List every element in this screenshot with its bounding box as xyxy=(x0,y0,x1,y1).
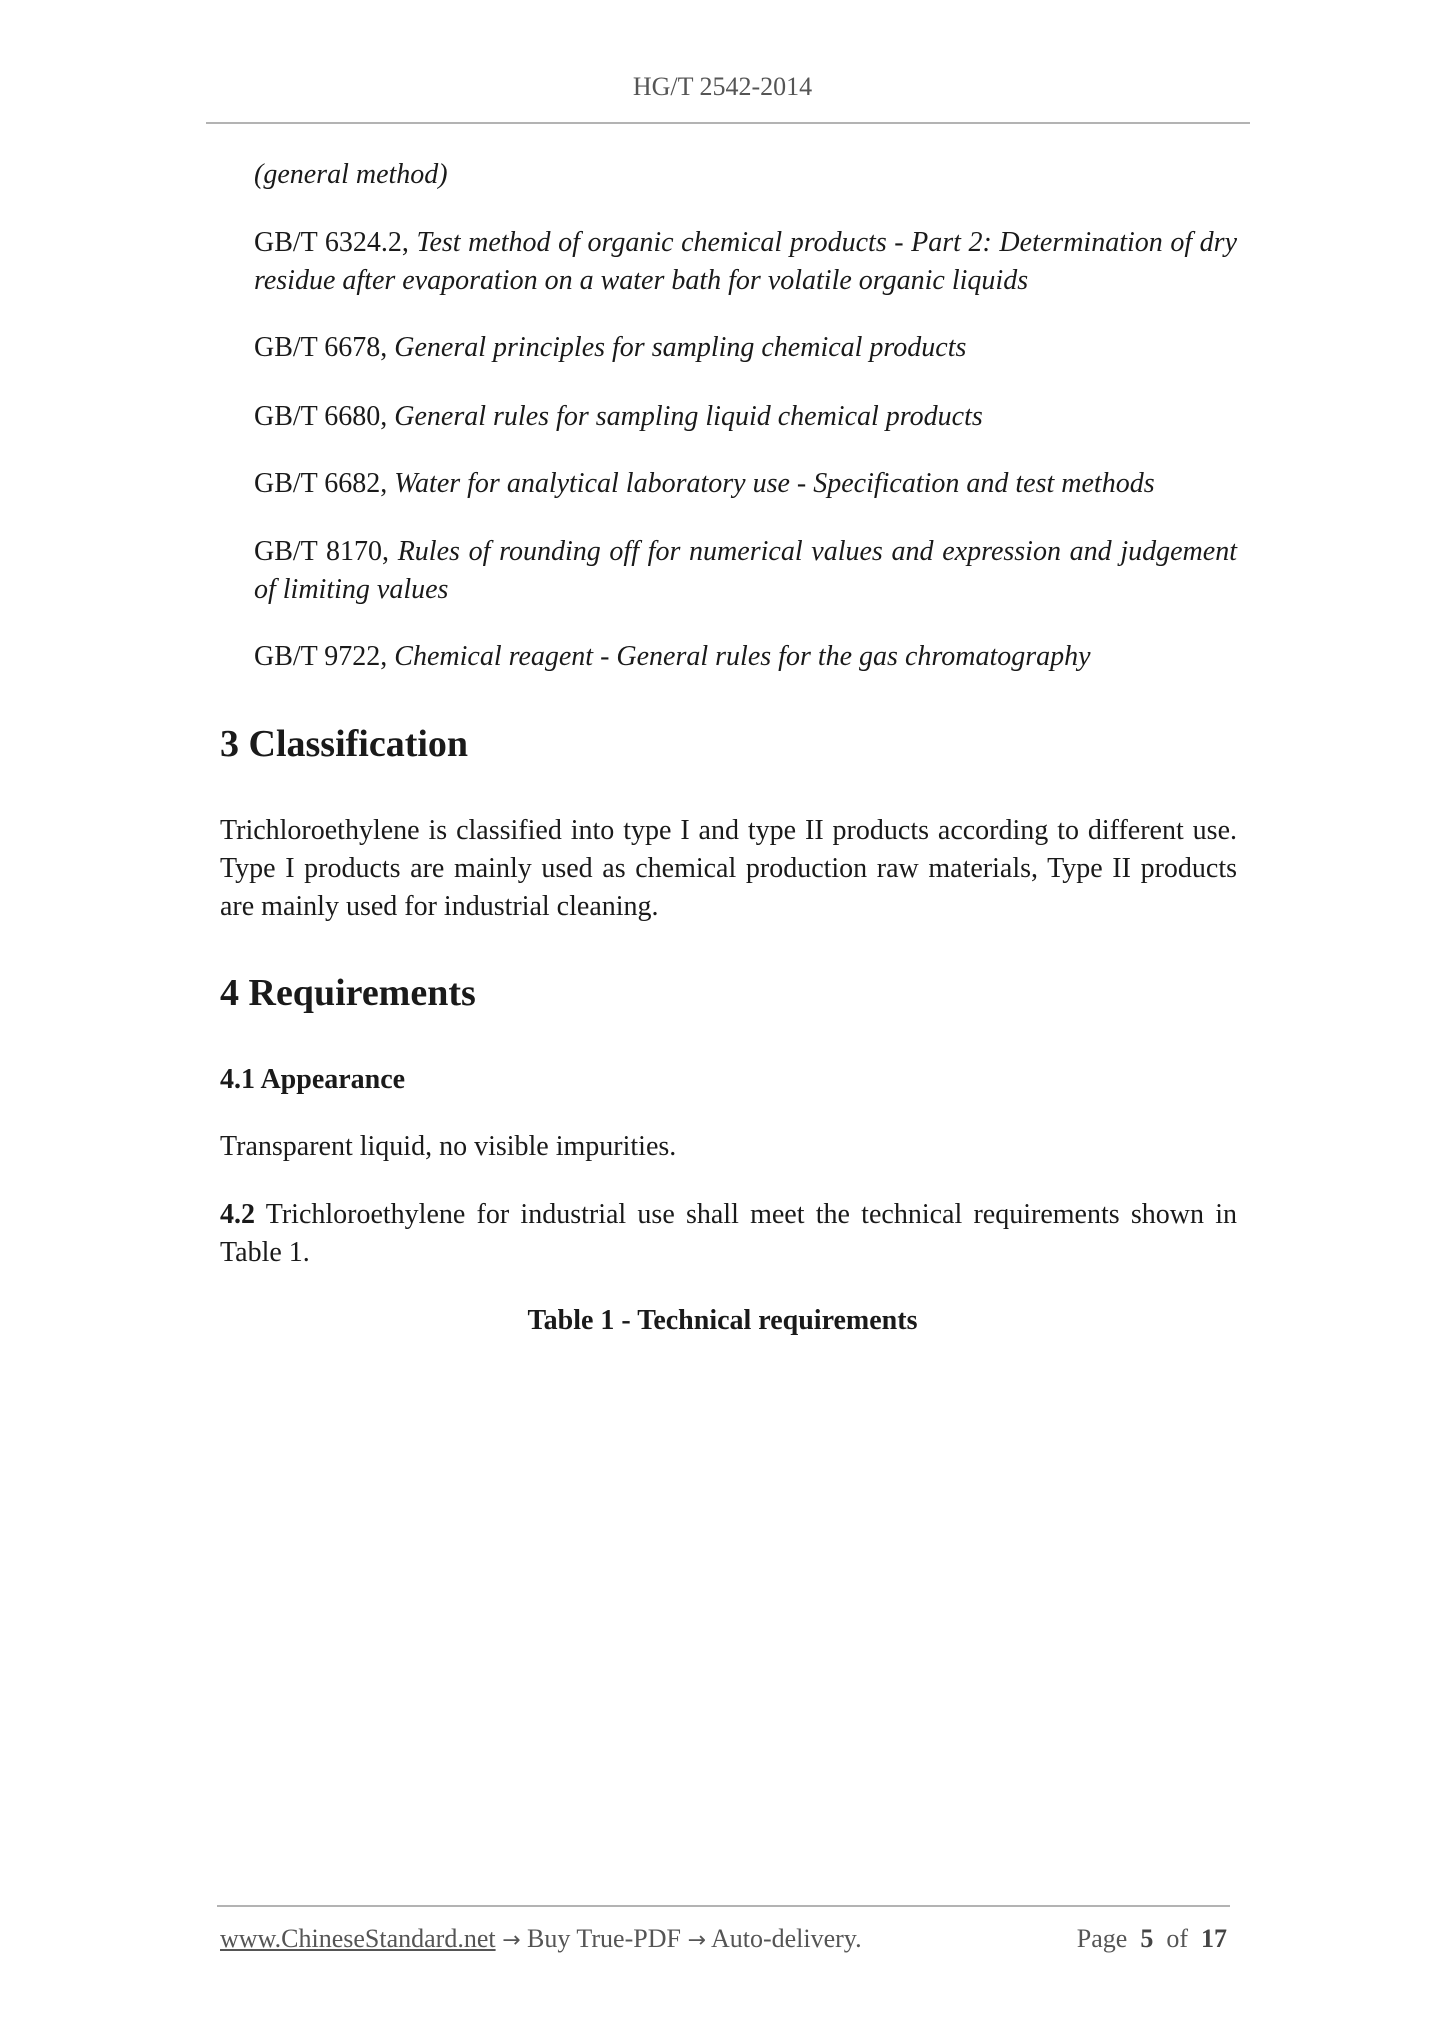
arrow-right-icon: → xyxy=(687,1928,705,1953)
reference-item: GB/T 6682, Water for analytical laborato… xyxy=(254,465,1237,503)
reference-item: GB/T 9722, Chemical reagent - General ru… xyxy=(254,638,1237,676)
delivery-text: Auto-delivery. xyxy=(711,1924,862,1953)
page-current: 5 xyxy=(1140,1924,1153,1953)
subsection-4-1-heading: 4.1 Appearance xyxy=(220,1062,405,1098)
reference-code: GB/T 9722, xyxy=(254,641,387,672)
header-divider xyxy=(206,122,1250,124)
reference-code: GB/T 6682, xyxy=(254,468,387,499)
buy-text: Buy True-PDF xyxy=(527,1924,681,1953)
subsection-4-1-text: Transparent liquid, no visible impuritie… xyxy=(220,1128,1237,1166)
section-4-heading: 4 Requirements xyxy=(220,970,476,1016)
reference-item: GB/T 6324.2, Test method of organic chem… xyxy=(254,224,1237,300)
reference-code: GB/T 8170, xyxy=(254,536,389,567)
arrow-right-icon: → xyxy=(502,1928,520,1953)
document-id-header: HG/T 2542-2014 xyxy=(0,72,1445,102)
reference-title: General rules for sampling liquid chemic… xyxy=(394,401,982,432)
reference-code: GB/T 6324.2, xyxy=(254,227,409,258)
reference-item: GB/T 8170, Rules of rounding off for num… xyxy=(254,533,1237,609)
page-number: Page 5 of 17 xyxy=(1077,1924,1227,1954)
reference-code: GB/T 6678, xyxy=(254,332,387,363)
section-3-heading: 3 Classification xyxy=(220,721,468,767)
footer-promo: www.ChineseStandard.net → Buy True-PDF →… xyxy=(220,1924,862,1954)
reference-title: General principles for sampling chemical… xyxy=(394,332,966,363)
reference-item: GB/T 6680, General rules for sampling li… xyxy=(254,398,1237,436)
reference-item: GB/T 6678, General principles for sampli… xyxy=(254,329,1237,367)
page-label: Page xyxy=(1077,1924,1128,1953)
page-total: 17 xyxy=(1201,1924,1227,1953)
page-of: of xyxy=(1166,1924,1188,1953)
reference-title: Chemical reagent - General rules for the… xyxy=(394,641,1090,672)
subsection-4-2-number: 4.2 xyxy=(220,1199,255,1230)
reference-continuation: (general method) xyxy=(254,156,1237,194)
footer-divider xyxy=(217,1905,1230,1907)
website-link[interactable]: www.ChineseStandard.net xyxy=(220,1924,496,1953)
reference-title: Rules of rounding off for numerical valu… xyxy=(254,536,1237,605)
reference-title: Water for analytical laboratory use - Sp… xyxy=(394,468,1154,499)
section-3-paragraph: Trichloroethylene is classified into typ… xyxy=(220,812,1237,926)
table-1-title: Table 1 - Technical requirements xyxy=(0,1303,1445,1339)
subsection-4-2-text: Trichloroethylene for industrial use sha… xyxy=(220,1199,1237,1268)
reference-continuation-text: (general method) xyxy=(254,159,448,190)
reference-code: GB/T 6680, xyxy=(254,401,387,432)
subsection-4-2-paragraph: 4.2 Trichloroethylene for industrial use… xyxy=(220,1196,1237,1272)
